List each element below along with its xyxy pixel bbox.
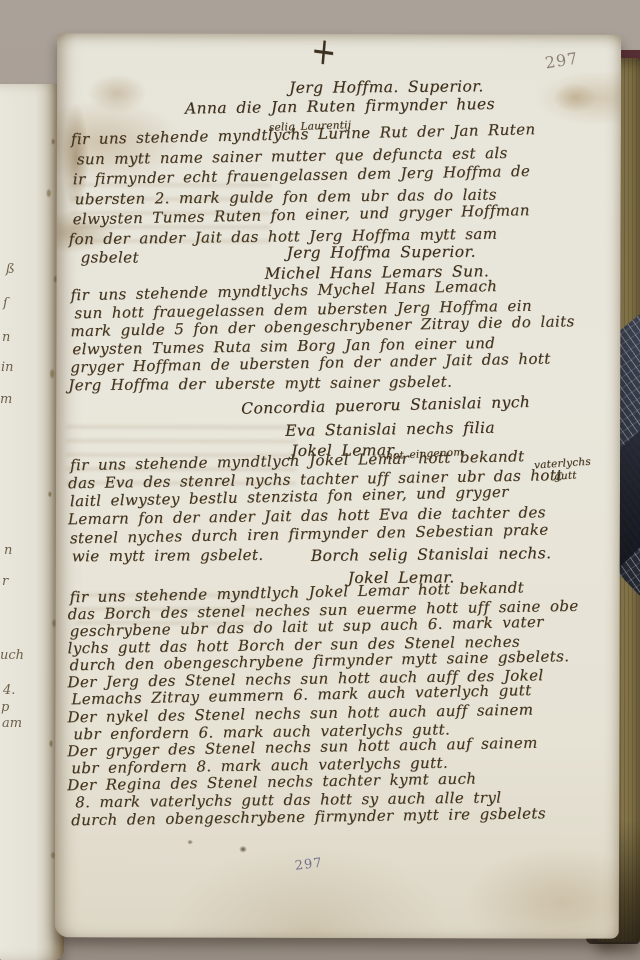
text-line: gsbelet [81, 249, 139, 266]
section2-heading: Jerg Hoffma Superior. [287, 244, 476, 262]
folio-number-top: 297 [544, 49, 580, 71]
margin-fragment: ß [6, 262, 15, 277]
margin-fragment: uch [0, 648, 24, 663]
manuscript-page: + 297 297 Jerg Hoffma. Superior. Anna di… [55, 33, 621, 938]
photograph-of-manuscript: ß ſ n in m n r uch 4. p am + 297 297 Jer… [0, 0, 640, 960]
stain [553, 83, 597, 113]
section4-heading: Borch selig Stanislai nechs. [311, 545, 552, 565]
section3-heading: Concordia pueroru Stanislai nych [241, 394, 530, 418]
stain [187, 840, 193, 845]
margin-fragment: r [2, 574, 8, 589]
stain [239, 846, 247, 853]
section1-subheading: Anna die Jan Ruten firmynder hues [185, 96, 495, 118]
stain [87, 73, 147, 113]
text-line: wie mytt irem gsbelet. [72, 547, 264, 566]
margin-fragment: am [2, 716, 22, 731]
margin-fragment: in [1, 360, 14, 375]
margin-fragment: p [1, 700, 9, 715]
cross-mark: + [310, 40, 337, 65]
section3-subheading: Eva Stanislai nechs filia [285, 420, 495, 440]
section1-heading: Jerg Hoffma. Superior. [289, 78, 484, 97]
folio-number-bottom: 297 [294, 855, 324, 875]
margin-fragment: ſ [3, 296, 8, 311]
margin-fragment: 4. [3, 683, 15, 698]
margin-fragment: n [4, 543, 12, 558]
text-line: Jerg Hoffma der uberste mytt sainer gsbe… [68, 374, 452, 395]
margin-fragment: m [0, 392, 12, 407]
margin-fragment: n [2, 330, 10, 345]
